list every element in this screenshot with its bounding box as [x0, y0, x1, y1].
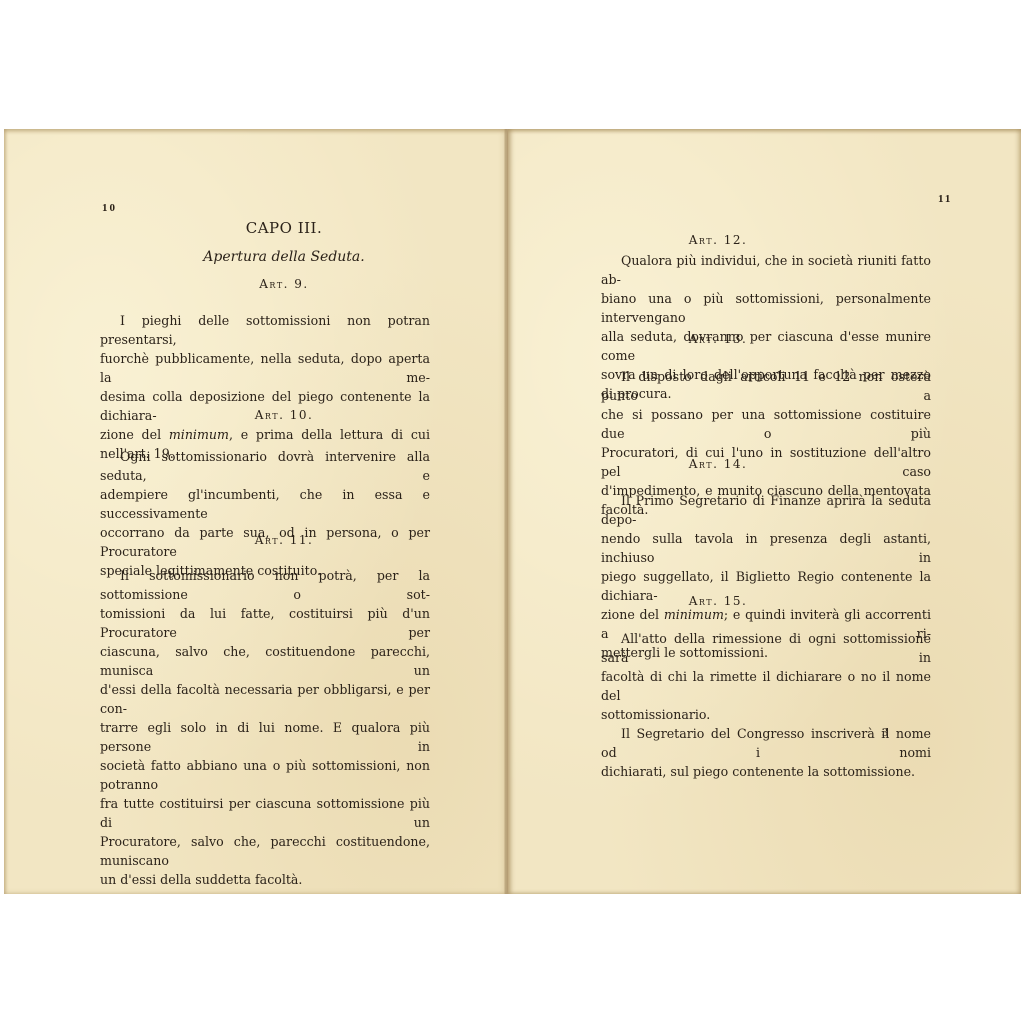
text-line: sottomissionario. [601, 705, 931, 724]
text-line: facoltà di chi la rimette il dichiarare … [601, 667, 931, 705]
article-heading: Art. 10. [84, 406, 484, 425]
article-body: All'atto della rimessione di ogni sottom… [601, 629, 931, 781]
section-title: Apertura della Seduta. [84, 248, 484, 267]
signature-mark: 3 [882, 725, 888, 740]
article-body: I pieghi delle sottomissioni non potran … [100, 311, 430, 463]
article-heading: Art. 11. [84, 531, 484, 550]
article-heading: Art. 14. [588, 455, 848, 474]
article-heading: Art. 15. [588, 592, 848, 611]
text-line: adempiere gl'incumbenti, che in essa e s… [100, 485, 430, 523]
text-line: nendo sulla tavola in presenza degli ast… [601, 529, 931, 567]
text-line: un d'essi della suddetta facoltà. [100, 870, 430, 889]
text-line: Il sottomissionario non potrà, per la so… [100, 566, 430, 604]
article-heading: Art. 13. [588, 330, 848, 349]
text-line: trarre egli solo in di lui nome. E qualo… [100, 718, 430, 756]
text-line: Il disposto dagli articoli 11 e 12 non o… [601, 367, 931, 405]
text-line: Qualora più individui, che in società ri… [601, 251, 931, 289]
text-line: fra tutte costituirsi per ciascuna sotto… [100, 794, 430, 832]
text-line: ciascuna, salvo che, costituendone parec… [100, 642, 430, 680]
left-page: 10 CAPO III. Apertura della Seduta. Art.… [4, 129, 507, 894]
text-line: tomissioni da lui fatte, costituirsi più… [100, 604, 430, 642]
book-gutter [504, 129, 508, 894]
text-line: Ogni sottomissionario dovrà intervenire … [100, 447, 430, 485]
article-heading: Art. 9. [84, 275, 484, 294]
right-page: 11 Art. 12. Qualora più individui, che i… [507, 129, 1021, 894]
text-line: società fatto abbiano una o più sottomis… [100, 756, 430, 794]
chapter-heading: CAPO III. [84, 219, 484, 238]
text-line: dichiarati, sul piego contenente la sott… [601, 762, 931, 781]
page-number: 11 [938, 193, 952, 205]
text-line: I pieghi delle sottomissioni non potran … [100, 311, 430, 349]
book-spread: 10 CAPO III. Apertura della Seduta. Art.… [4, 129, 1020, 894]
article-body: Ogni sottomissionario dovrà intervenire … [100, 447, 430, 580]
text-line: biano una o più sottomissioni, personalm… [601, 289, 931, 327]
text-line: d'essi della facoltà necessaria per obbl… [100, 680, 430, 718]
page-number: 10 [102, 202, 117, 214]
article-heading: Art. 12. [588, 231, 848, 250]
text-line: Procuratore, salvo che, parecchi costitu… [100, 832, 430, 870]
text-line: fuorchè pubblicamente, nella seduta, dop… [100, 349, 430, 387]
article-body: Il sottomissionario non potrà, per la so… [100, 566, 430, 889]
text-line: All'atto della rimessione di ogni sottom… [601, 629, 931, 667]
text-line: Il Primo Segretario di Finanze aprirà la… [601, 491, 931, 529]
text-line: che si possano per una sottomissione cos… [601, 405, 931, 443]
